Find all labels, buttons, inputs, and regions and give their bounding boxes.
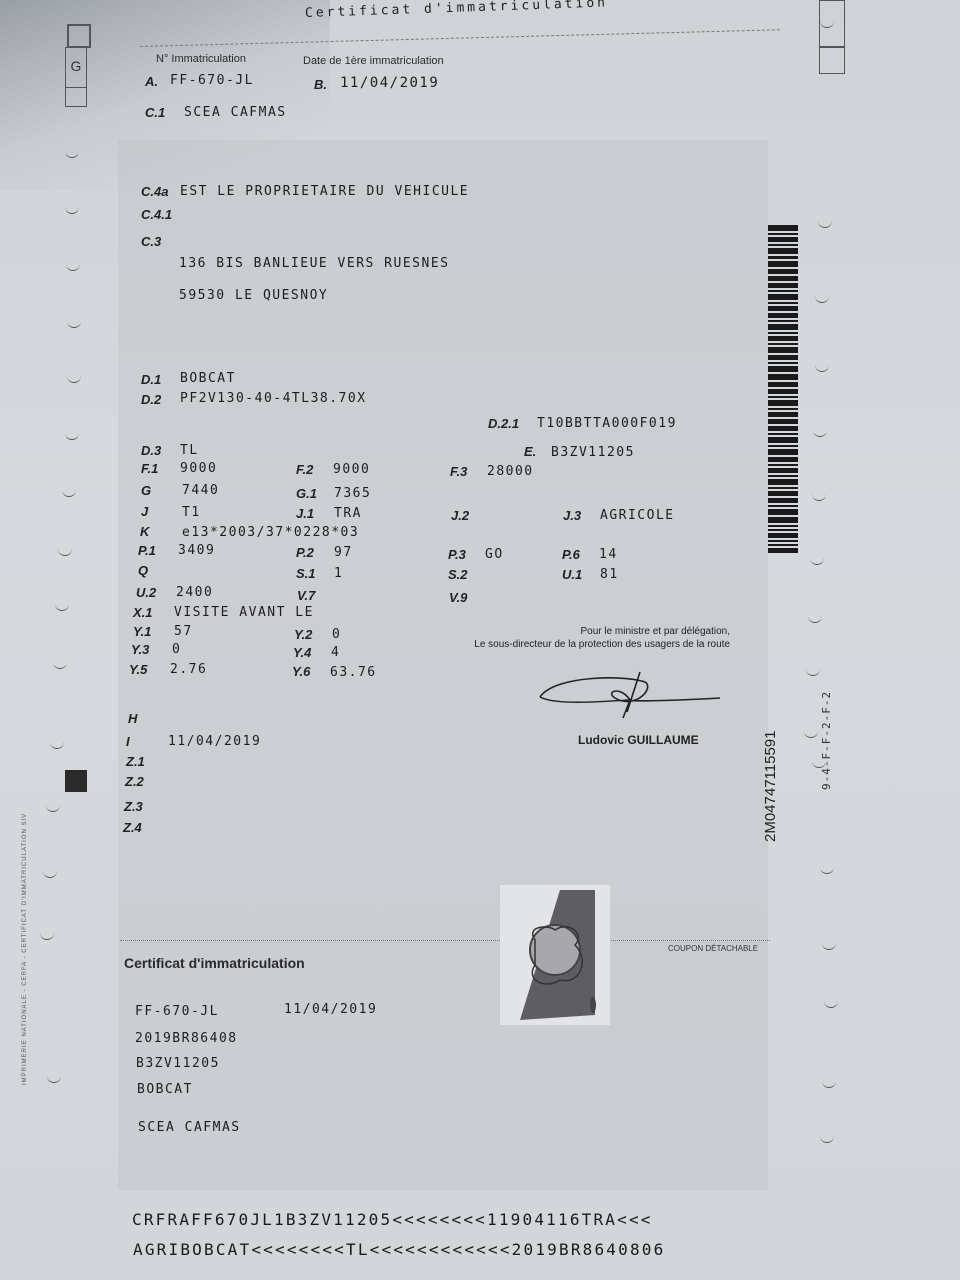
field-j-value: T1 (182, 505, 201, 520)
address-line1: 136 BIS BANLIEUE VERS RUESNES (179, 256, 449, 271)
perforation-notch (815, 295, 829, 303)
field-f2-value: 9000 (333, 462, 370, 477)
field-p1-value: 3409 (178, 543, 215, 558)
first-registration-date: 11/04/2019 (340, 75, 439, 91)
perforation-notch (55, 603, 69, 611)
perforation-notch (46, 804, 60, 812)
perforation-notch (50, 741, 64, 749)
field-c1-label: C.1 (145, 105, 165, 120)
coupon-title: Certificat d'immatriculation (124, 955, 305, 971)
mrz-line2: AGRIBOBCAT<<<<<<<<TL<<<<<<<<<<<<2019BR86… (133, 1240, 665, 1259)
perforation-notch (47, 1075, 61, 1083)
field-h-label: H (128, 711, 137, 726)
side-security-code: 9-4-F-F-2-F-2 (820, 691, 833, 790)
field-z2-label: Z.2 (125, 774, 144, 789)
field-p2-value: 97 (334, 545, 353, 560)
type-variant: PF2V130-40-4TL38.70X (180, 391, 367, 406)
field-y4-value: 4 (331, 645, 340, 660)
field-x1-label: X.1 (133, 605, 153, 620)
field-f3-label: F.3 (450, 464, 467, 479)
field-d1-label: D.1 (141, 372, 161, 387)
field-d21-label: D.2.1 (488, 416, 519, 431)
field-i-label: I (126, 734, 130, 749)
field-g1-value: 7365 (334, 486, 371, 501)
field-f2-label: F.2 (296, 462, 313, 477)
field-y5-value: 2.76 (170, 662, 207, 677)
field-x1-value: VISITE AVANT LE (174, 605, 314, 620)
field-u1-label: U.1 (562, 567, 582, 582)
field-u1-value: 81 (600, 567, 619, 582)
field-y5-label: Y.5 (129, 662, 147, 677)
perforation-notch (65, 150, 79, 158)
field-d3-label: D.3 (141, 443, 161, 458)
coupon-divider (120, 940, 770, 941)
field-p3-value: GO (485, 547, 504, 562)
field-j1-label: J.1 (296, 506, 314, 521)
perforation-notch (43, 870, 57, 878)
perforation-notch (820, 866, 834, 874)
delegation-line1: Pour le ministre et par délégation, (458, 625, 730, 638)
perforation-notch (67, 320, 81, 328)
address-line2: 59530 LE QUESNOY (179, 288, 328, 303)
perforation-notch (813, 429, 827, 437)
perforation-notch (810, 557, 824, 565)
document-header-title: Certificat d'immatriculation (305, 0, 608, 21)
field-b-caption: Date de 1ère immatriculation (303, 55, 444, 67)
field-g-label: G (141, 483, 151, 498)
perforation-notch (822, 942, 836, 950)
field-c4a-label: C.4a (141, 184, 168, 199)
signature-image (535, 670, 725, 720)
field-p3-label: P.3 (448, 547, 466, 562)
field-s1-label: S.1 (296, 566, 316, 581)
field-j-label: J (141, 504, 148, 519)
field-a-caption: N° Immatriculation (156, 53, 246, 65)
perforation-notch (62, 489, 76, 497)
delegation-line2: Le sous-directeur de la protection des u… (458, 638, 730, 651)
perforation-notch (66, 263, 80, 271)
field-j2-label: J.2 (451, 508, 469, 523)
field-i-value: 11/04/2019 (168, 734, 261, 749)
perforation-notch (815, 364, 829, 372)
field-v7-label: V.7 (297, 588, 315, 603)
field-y4-label: Y.4 (293, 645, 311, 660)
marianne-seal-image (500, 885, 610, 1025)
field-p2-label: P.2 (296, 545, 314, 560)
field-j3-label: J.3 (563, 508, 581, 523)
perforation-notch (58, 548, 72, 556)
barcode (768, 225, 798, 620)
field-d2-label: D.2 (141, 392, 161, 407)
checkbox-top (67, 24, 91, 48)
perforation-notch (812, 493, 826, 501)
national-type-code: T10BBTTA000F019 (537, 416, 677, 431)
perforation-notch (804, 730, 818, 738)
coupon-plate: FF-670-JL (135, 1004, 219, 1019)
field-z4-label: Z.4 (123, 820, 142, 835)
perforation-notch (822, 1080, 836, 1088)
field-f1-label: F.1 (141, 461, 158, 476)
category-letter: G (66, 58, 86, 74)
document-serial-number: 2M04747115591 (762, 731, 779, 843)
field-y1-value: 57 (174, 624, 193, 639)
perforation-notch (824, 1000, 838, 1008)
printer-mention: IMPRIMERIE NATIONALE - CERFA - CERTIFICA… (22, 813, 28, 1085)
signatory-name: Ludovic GUILLAUME (578, 733, 699, 747)
field-f1-value: 9000 (180, 461, 217, 476)
perforation-notch (65, 432, 79, 440)
coupon-holder: SCEA CAFMAS (138, 1120, 241, 1135)
field-s2-label: S.2 (448, 567, 468, 582)
field-f3-value: 28000 (487, 464, 534, 479)
field-g-value: 7440 (182, 483, 219, 498)
field-y2-value: 0 (332, 627, 341, 642)
coupon-date: 11/04/2019 (284, 1002, 377, 1017)
vin: B3ZV11205 (551, 445, 635, 460)
perforation-notch (67, 375, 81, 383)
field-p6-value: 14 (599, 547, 618, 562)
delegation-statement: Pour le ministre et par délégation, Le s… (458, 625, 730, 651)
ownership-statement: EST LE PROPRIETAIRE DU VEHICULE (180, 184, 469, 199)
perforation-notch (820, 1135, 834, 1143)
field-y1-label: Y.1 (133, 624, 151, 639)
perforation-notch (53, 661, 67, 669)
field-u2-value: 2400 (176, 585, 213, 600)
security-square (65, 770, 87, 792)
field-s1-value: 1 (334, 566, 343, 581)
field-z3-label: Z.3 (124, 799, 143, 814)
field-j3-value: AGRICOLE (600, 508, 675, 523)
field-p6-label: P.6 (562, 547, 580, 562)
coupon-type-code: B3ZV11205 (136, 1056, 220, 1071)
category-box: G (65, 47, 87, 88)
field-y6-value: 63.76 (330, 665, 377, 680)
mrz-line1: CRFRAFF670JL1B3ZV11205<<<<<<<<11904116TR… (132, 1210, 653, 1229)
field-j1-value: TRA (334, 506, 362, 521)
holder-name: SCEA CAFMAS (184, 105, 287, 120)
field-p1-label: P.1 (138, 543, 156, 558)
perforation-notch (806, 668, 820, 676)
header-divider (140, 29, 780, 47)
field-c3-label: C.3 (141, 234, 161, 249)
field-k-label: K (140, 524, 149, 539)
category-box-bottom (65, 87, 87, 107)
field-y2-label: Y.2 (294, 627, 312, 642)
registration-number: FF-670-JL (170, 73, 254, 88)
field-y6-label: Y.6 (292, 664, 310, 679)
field-v9-label: V.9 (449, 590, 467, 605)
field-u2-label: U.2 (136, 585, 156, 600)
perforation-notch (818, 220, 832, 228)
commercial-name: TL (180, 443, 199, 458)
coupon-make: BOBCAT (137, 1082, 193, 1097)
coupon-detachable-label: COUPON DÉTACHABLE (668, 944, 758, 953)
field-y3-label: Y.3 (131, 642, 149, 657)
perforation-notch (65, 206, 79, 214)
field-c41-label: C.4.1 (141, 207, 172, 222)
field-z1-label: Z.1 (126, 754, 145, 769)
field-b-label: B. (314, 77, 327, 92)
coupon-formula-number: 2019BR86408 (135, 1031, 238, 1046)
field-e-label: E. (524, 444, 536, 459)
field-a-label: A. (145, 74, 158, 89)
perforation-notch (40, 932, 54, 940)
field-y3-value: 0 (172, 642, 181, 657)
type-approval-number: e13*2003/37*0228*03 (182, 525, 359, 540)
field-q-label: Q (138, 563, 148, 578)
right-box-bottom (819, 46, 845, 74)
make: BOBCAT (180, 371, 236, 386)
perforation-notch (808, 615, 822, 623)
field-g1-label: G.1 (296, 486, 317, 501)
